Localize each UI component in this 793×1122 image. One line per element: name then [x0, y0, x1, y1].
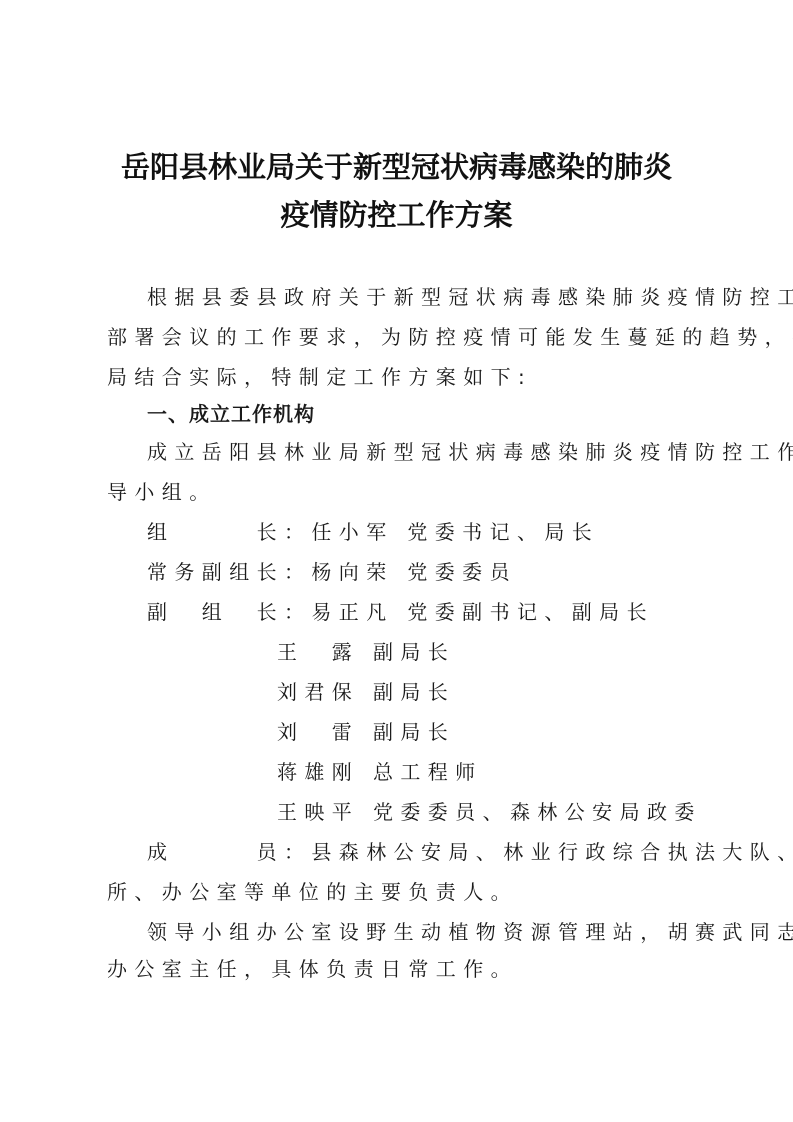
members-line-2: 所、办公室等单位的主要负责人。: [107, 878, 707, 906]
member-name: 刘 雷: [277, 720, 359, 744]
intro-paragraph-line-2: 部署会议的工作要求，为防控疫情可能发生蔓延的趋势，县林业: [107, 323, 707, 351]
section-1-paragraph-line-1: 成立岳阳县林业局新型冠状病毒感染肺炎疫情防控工作领: [147, 438, 747, 466]
member-row-deputy-4: 刘 雷 副局长: [277, 718, 793, 746]
document-page: 岳阳县林业局关于新型冠状病毒感染的肺炎 疫情防控工作方案 根据县委县政府关于新型…: [0, 0, 793, 1122]
member-title: 副局长: [373, 640, 455, 664]
members-role: 成 员：: [147, 840, 311, 864]
section-1-paragraph-line-2: 导小组。: [107, 478, 707, 506]
member-row-deputy-6: 王映平 党委委员、森林公安局政委: [277, 798, 793, 826]
member-role: 常务副组长：: [147, 560, 311, 584]
members-text: 县森林公安局、林业行政综合执法大队、森检: [311, 840, 793, 864]
member-role: 组 长：: [147, 520, 311, 544]
member-title: 副局长: [373, 680, 455, 704]
member-row-deputy-5: 蒋雄刚 总工程师: [277, 758, 793, 786]
member-name: 蒋雄刚: [277, 760, 359, 784]
member-title: 党委委员: [407, 560, 517, 584]
member-row-deputy-1: 副 组 长：易正凡 党委副书记、副局长: [147, 598, 747, 626]
office-paragraph-line-1: 领导小组办公室设野生动植物资源管理站，胡赛武同志兼任: [147, 918, 747, 946]
document-title-line-2: 疫情防控工作方案: [0, 193, 793, 234]
member-name: 易正凡: [311, 600, 393, 624]
document-title-line-1: 岳阳县林业局关于新型冠状病毒感染的肺炎: [0, 145, 793, 186]
member-title: 党委书记、局长: [407, 520, 599, 544]
section-1-heading: 一、成立工作机构: [147, 400, 747, 428]
member-name: 任小军: [311, 520, 393, 544]
intro-paragraph-line-3: 局结合实际，特制定工作方案如下:: [107, 363, 707, 391]
member-row-deputy-2: 王 露 副局长: [277, 638, 793, 666]
member-title: 党委委员、森林公安局政委: [373, 800, 702, 824]
member-name: 杨向荣: [311, 560, 393, 584]
member-title: 副局长: [373, 720, 455, 744]
member-row-executive-deputy: 常务副组长：杨向荣 党委委员: [147, 558, 747, 586]
member-title: 总工程师: [373, 760, 483, 784]
member-row-deputy-3: 刘君保 副局长: [277, 678, 793, 706]
member-role: 副 组 长：: [147, 600, 311, 624]
office-paragraph-line-2: 办公室主任，具体负责日常工作。: [107, 955, 707, 983]
intro-paragraph-line-1: 根据县委县政府关于新型冠状病毒感染肺炎疫情防控工作: [147, 283, 747, 311]
member-name: 王 露: [277, 640, 359, 664]
member-name: 刘君保: [277, 680, 359, 704]
member-title: 党委副书记、副局长: [407, 600, 654, 624]
members-line-1: 成 员：县森林公安局、林业行政综合执法大队、森检: [147, 838, 747, 866]
member-row-leader: 组 长：任小军 党委书记、局长: [147, 518, 747, 546]
member-name: 王映平: [277, 800, 359, 824]
